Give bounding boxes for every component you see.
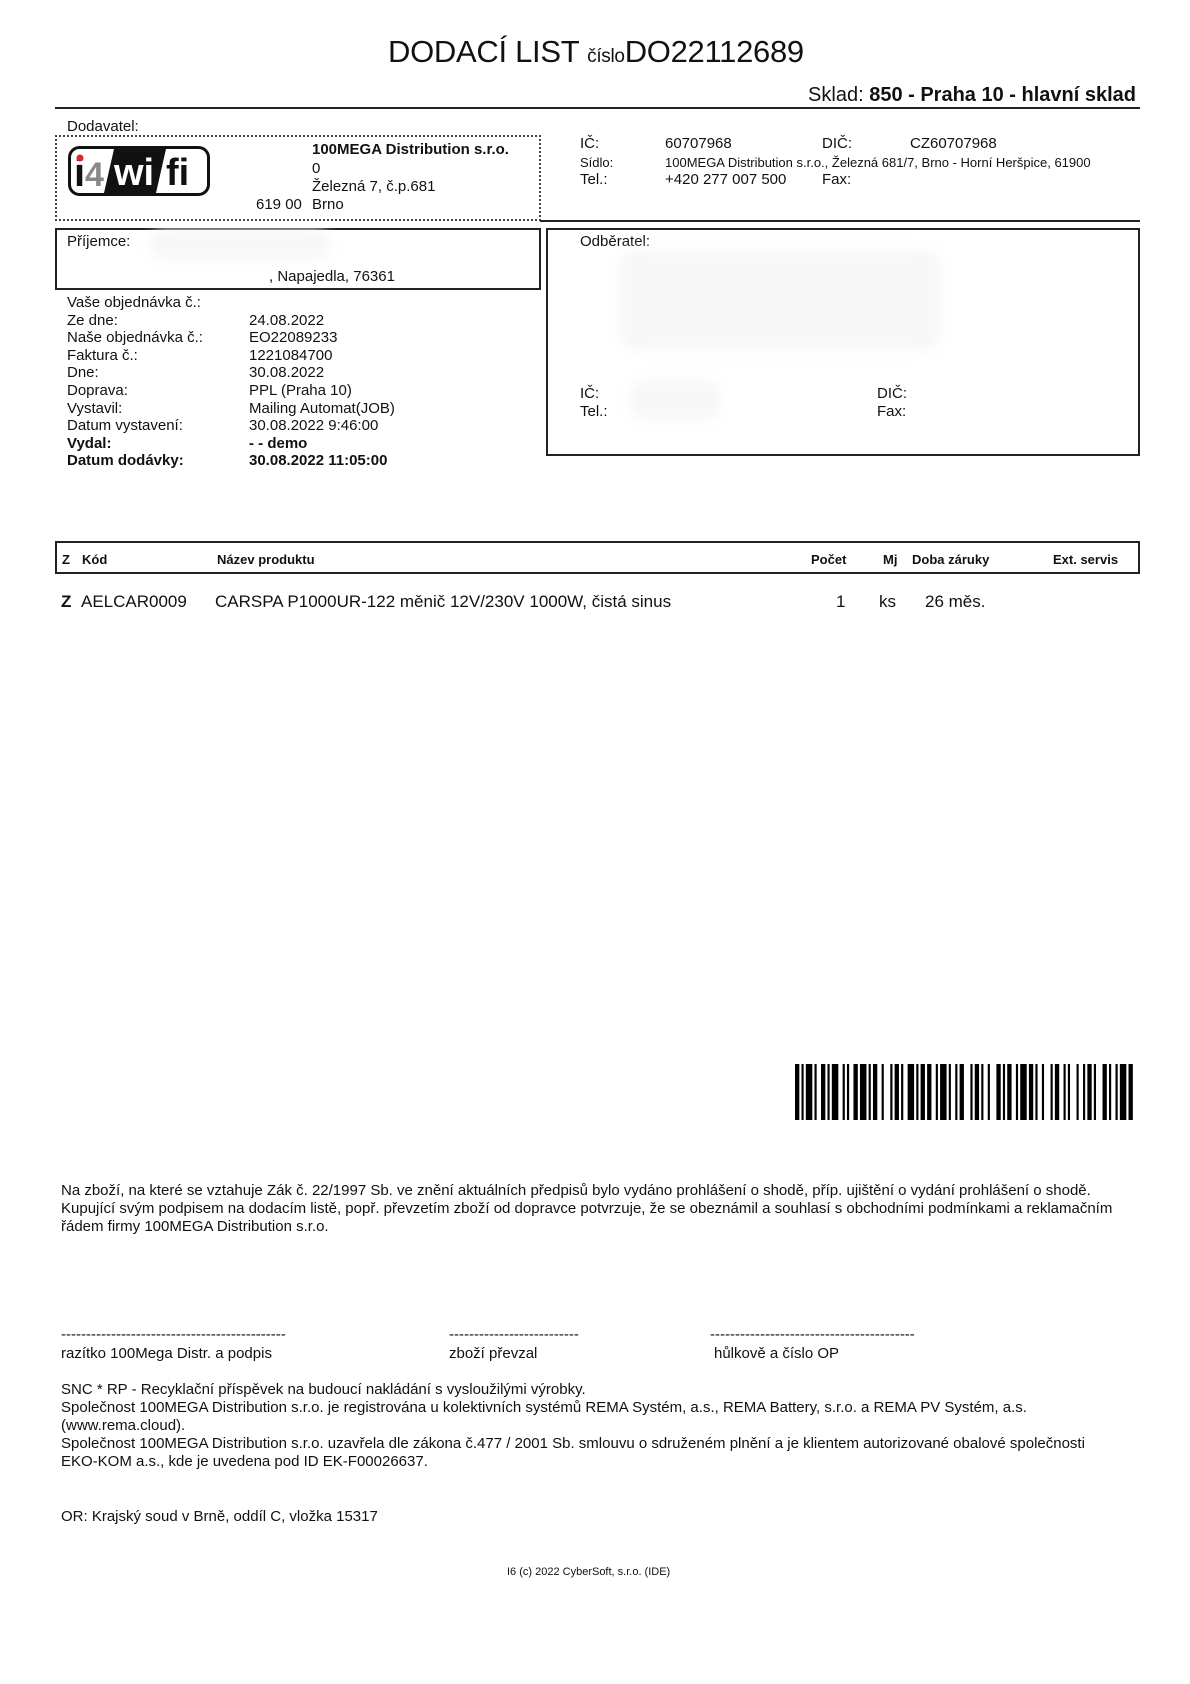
row-qty: 1 [836,592,845,612]
title-main: DODACÍ LIST [388,34,579,69]
supplier-label: Dodavatel: [67,118,139,135]
col-name: Název produktu [217,552,315,567]
table-row: Z AELCAR0009 CARSPA P1000UR-122 měnič 12… [55,592,1140,620]
redacted-area [620,250,940,350]
recipient-label: Příjemce: [67,233,130,250]
detail-label: Datum dodávky: [67,452,184,469]
detail-value: 24.08.2022 [249,312,324,329]
recycling-line-3: Společnost 100MEGA Distribution s.r.o. u… [61,1435,1091,1471]
redacted-area [630,380,720,420]
info-divider [540,220,1140,222]
customer-dic-label: DIČ: [877,385,907,402]
supplier-city: Brno [312,196,344,213]
signature-label-received: zboží převzal [449,1345,537,1362]
seat-value: 100MEGA Distribution s.r.o., Železná 681… [665,155,1091,170]
row-code: AELCAR0009 [81,592,187,612]
barcode-icon [795,1064,1135,1120]
row-warranty: 26 měs. [925,592,985,612]
svg-text:4: 4 [85,156,104,194]
court-register: OR: Krajský soud v Brně, oddíl C, vložka… [61,1508,378,1525]
row-name: CARSPA P1000UR-122 měnič 12V/230V 1000W,… [215,592,671,612]
signature-label-id: hůlkově a číslo OP [714,1345,839,1362]
redacted-area [150,230,330,260]
detail-value: 30.08.2022 11:05:00 [249,452,387,469]
customer-tel-label: Tel.: [580,403,608,420]
detail-value: 1221084700 [249,347,332,364]
conformity-declaration: Na zboží, na které se vztahuje Zák č. 22… [61,1182,1141,1236]
dic-label: DIČ: [822,135,852,152]
warehouse: Sklad: 850 - Praha 10 - hlavní sklad [808,84,1136,107]
recycling-line-1: SNC * RP - Recyklační příspěvek na budou… [61,1381,1141,1399]
signature-line-id: ----------------------------------------… [710,1326,915,1343]
document-title: DODACÍ LIST čísloDO22112689 [388,34,804,70]
col-code: Kód [82,552,107,567]
ic-label: IČ: [580,135,599,152]
header-divider [55,107,1140,109]
col-qty: Počet [811,552,846,567]
warehouse-label: Sklad: [808,84,864,106]
detail-label: Naše objednávka č.: [67,329,203,346]
title-number-label: číslo [587,46,625,67]
detail-label: Vystavil: [67,400,122,417]
detail-value: 30.08.2022 [249,364,324,381]
svg-text:fi: fi [166,152,189,194]
detail-value: PPL (Praha 10) [249,382,352,399]
dic-value: CZ60707968 [910,135,997,152]
svg-text:wi: wi [113,152,154,194]
detail-label: Datum vystavení: [67,417,183,434]
supplier-name: 100MEGA Distribution s.r.o. [312,141,509,158]
detail-label: Vydal: [67,435,111,452]
i4wifi-logo-icon: i 4 wi fi [68,146,210,196]
col-unit: Mj [883,552,897,567]
ic-value: 60707968 [665,135,732,152]
row-z: Z [61,592,71,612]
col-z: Z [62,552,70,567]
supplier-street: Železná 7, č.p.681 [312,178,435,195]
supplier-zip: 619 00 [256,196,302,213]
seat-label: Sídlo: [580,155,613,170]
recycling-line-2: Společnost 100MEGA Distribution s.r.o. j… [61,1399,1121,1435]
detail-value: Mailing Automat(JOB) [249,400,395,417]
signature-label-stamp: razítko 100Mega Distr. a podpis [61,1345,272,1362]
tel-value: +420 277 007 500 [665,171,786,188]
col-warranty: Doba záruky [912,552,989,567]
detail-value: 30.08.2022 9:46:00 [249,417,378,434]
detail-label: Doprava: [67,382,128,399]
detail-value: - - demo [249,435,307,452]
table-header: Z Kód Název produktu Počet Mj Doba záruk… [55,541,1140,574]
supplier-line2: 0 [312,160,320,177]
customer-label: Odběratel: [580,233,650,250]
fax-label: Fax: [822,171,851,188]
row-unit: ks [879,592,896,612]
recipient-address: , Napajedla, 76361 [269,268,395,285]
customer-fax-label: Fax: [877,403,906,420]
detail-label: Vaše objednávka č.: [67,294,201,311]
warehouse-value: 850 - Praha 10 - hlavní sklad [869,84,1136,106]
copyright: I6 (c) 2022 CyberSoft, s.r.o. (IDE) [507,1566,670,1578]
signature-line-received: -------------------------- [449,1326,579,1343]
tel-label: Tel.: [580,171,608,188]
detail-value: EO22089233 [249,329,337,346]
signature-line-stamp: ----------------------------------------… [61,1326,286,1343]
detail-label: Dne: [67,364,99,381]
detail-label: Faktura č.: [67,347,138,364]
customer-ic-label: IČ: [580,385,599,402]
detail-label: Ze dne: [67,312,118,329]
document-number: DO22112689 [625,34,804,69]
col-ext-service: Ext. servis [1053,552,1118,567]
